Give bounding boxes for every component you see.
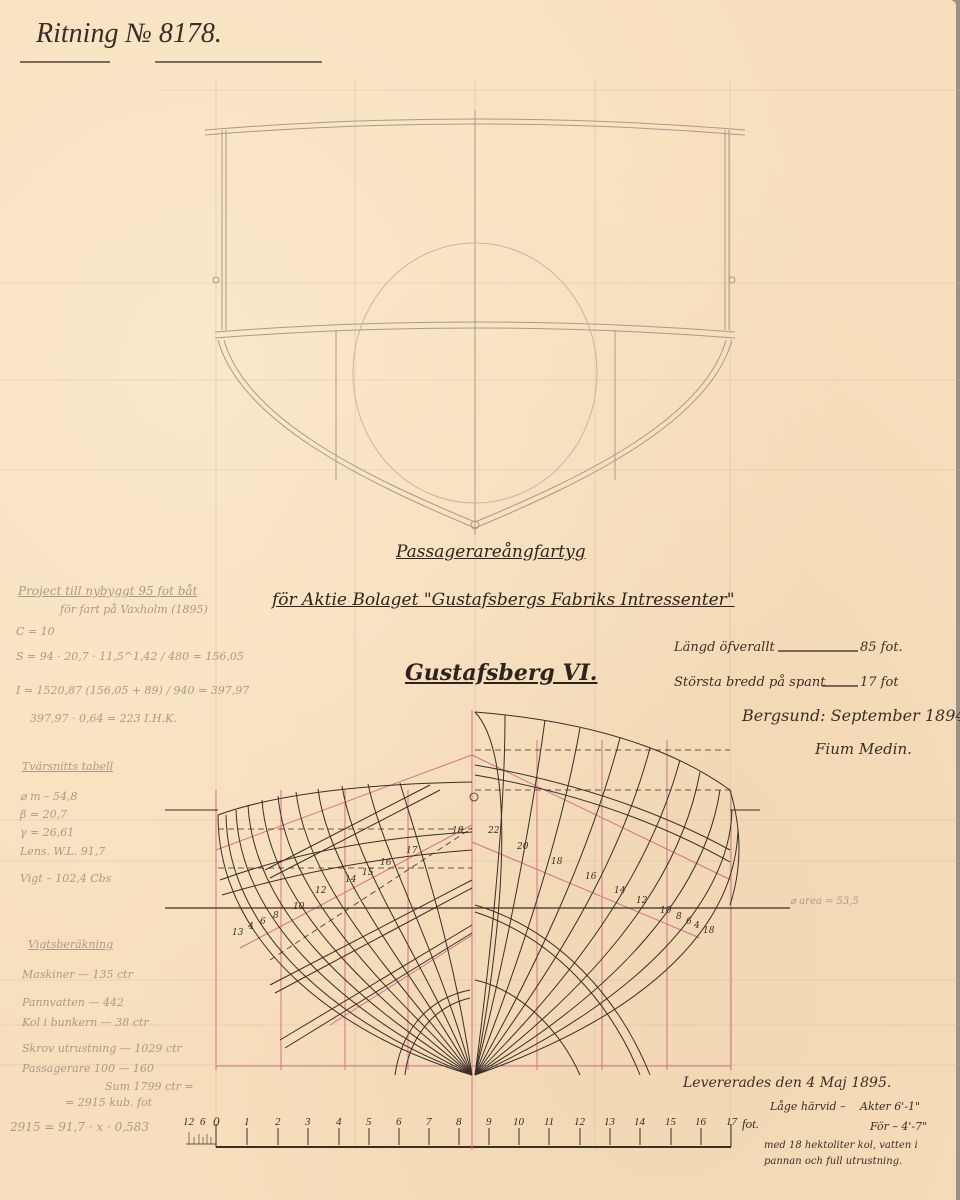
project-note-line: 397,97 · 0,64 = 223 I.H.K. [30,712,177,725]
station-label: 16 [585,872,596,882]
scale-tick-label: 7 [426,1116,432,1128]
station-label: 18 [551,857,562,867]
weight-line: Pannvatten — 442 [22,996,124,1009]
draft-fore: För – 4'-7" [870,1120,927,1133]
station-label: 4 [248,922,254,932]
station-label: 22 [488,826,499,836]
weights-title: Vigtsberäkning [28,938,113,951]
project-note-title: Project till nybyggt 95 fot båt [18,584,197,598]
scale-sub-label: 12 [183,1116,194,1128]
scale-unit: fot. [742,1116,759,1132]
station-label: 4 [694,921,700,931]
coefficient-line: γ = 26,61 [20,826,74,839]
scale-tick-label: 14 [634,1116,645,1128]
coefficient-line: Lens. W.L. 91,7 [20,845,105,858]
spec-beam-value: 17 fot [860,675,899,690]
scale-tick-label: 17 [726,1116,737,1128]
scale-tick-label: 13 [604,1116,615,1128]
station-label: 14 [614,886,625,896]
coefficient-line: Vigt – 102,4 Cbs [20,872,111,885]
signature: Fium Medin. [815,740,912,758]
scale-tick-label: 5 [366,1116,372,1128]
station-label: 12 [315,886,326,896]
scale-tick-label: 1 [244,1116,250,1128]
scale-tick-label: 11 [544,1116,554,1128]
waterline-area-note: ⌀ area = 53,5 [790,896,859,907]
project-note-line: S = 94 · 20,7 · 11,5^1,42 / 480 = 156,05 [16,650,244,663]
project-note-subtitle: för fart på Vaxholm (1895) [60,603,208,616]
station-label: 10 [293,902,304,912]
scale-tick-label: 16 [695,1116,706,1128]
scale-sub-label: 6 [200,1116,206,1128]
weights-total: = 2915 kub. fot [65,1096,152,1109]
scale-tick-label: 10 [513,1116,524,1128]
delivery-note: Levererades den 4 Maj 1895. [683,1075,891,1091]
scale-tick-label: 8 [456,1116,462,1128]
scale-tick-label: 2 [275,1116,281,1128]
station-label: 13 [232,928,243,938]
station-label: 10 [660,906,671,916]
coefficients-title: Tvärsnitts tabell [22,760,113,773]
station-label: 15 [362,868,373,878]
station-label: 8 [676,912,682,922]
weights-formula: 2915 = 91,7 · x · 0,583 [10,1120,149,1134]
midship-section [205,110,745,535]
station-label: 18 [703,926,714,936]
heading-vessel-type: Passagerareångfartyg [396,542,586,562]
weight-line: Maskiner — 135 ctr [22,968,133,981]
note-line-2: pannan och full utrustning. [764,1156,902,1167]
scale-tick-label: 12 [574,1116,585,1128]
coefficient-line: ⌀ m – 54,8 [20,790,78,803]
weights-sum: Sum 1799 ctr = [105,1080,194,1093]
note-line-1: med 18 hektoliter kol, vatten i [764,1140,918,1151]
station-label: 14 [345,875,356,885]
station-label: 20 [517,842,528,852]
spec-length-label: Längd öfverallt [674,640,775,655]
station-label: 17 [406,846,417,856]
scale-tick-label: 15 [665,1116,676,1128]
station-label: 8 [273,911,279,921]
place-date: Bergsund: September 1894. [742,706,960,725]
heading-owner: för Aktie Bolaget "Gustafsbergs Fabriks … [272,590,735,610]
station-label: 16 [380,858,391,868]
spec-length-value: 85 fot. [860,640,903,655]
station-label: 6 [686,917,692,927]
vessel-name: Gustafsberg VI. [405,660,597,686]
project-note-line: C = 10 [16,625,55,638]
project-note-line: I = 1520,87 (156,05 + 89) / 940 = 397,97 [16,684,249,697]
draft-label: Låge härvid – [770,1100,846,1113]
scale-tick-label: 6 [396,1116,402,1128]
scale-zero-label: 0 [213,1114,220,1130]
weight-line: Skrov utrustning — 1029 ctr [22,1042,182,1055]
station-label: 18 [452,826,463,836]
draft-aft: Akter 6'-1" [860,1100,920,1113]
weight-line: Kol i bunkern — 38 ctr [22,1016,149,1029]
station-label: 6 [260,917,266,927]
weight-line: Passagerare 100 — 160 [22,1062,154,1075]
scale-tick-label: 3 [305,1116,311,1128]
scale-tick-label: 4 [336,1116,342,1128]
coefficient-line: β = 20,7 [20,808,67,821]
drawing-number: Ritning № 8178. [36,18,222,50]
station-label: 12 [636,896,647,906]
scale-tick-label: 9 [486,1116,492,1128]
body-plan-lines [165,710,790,1120]
spec-beam-label: Största bredd på spant [674,675,826,690]
